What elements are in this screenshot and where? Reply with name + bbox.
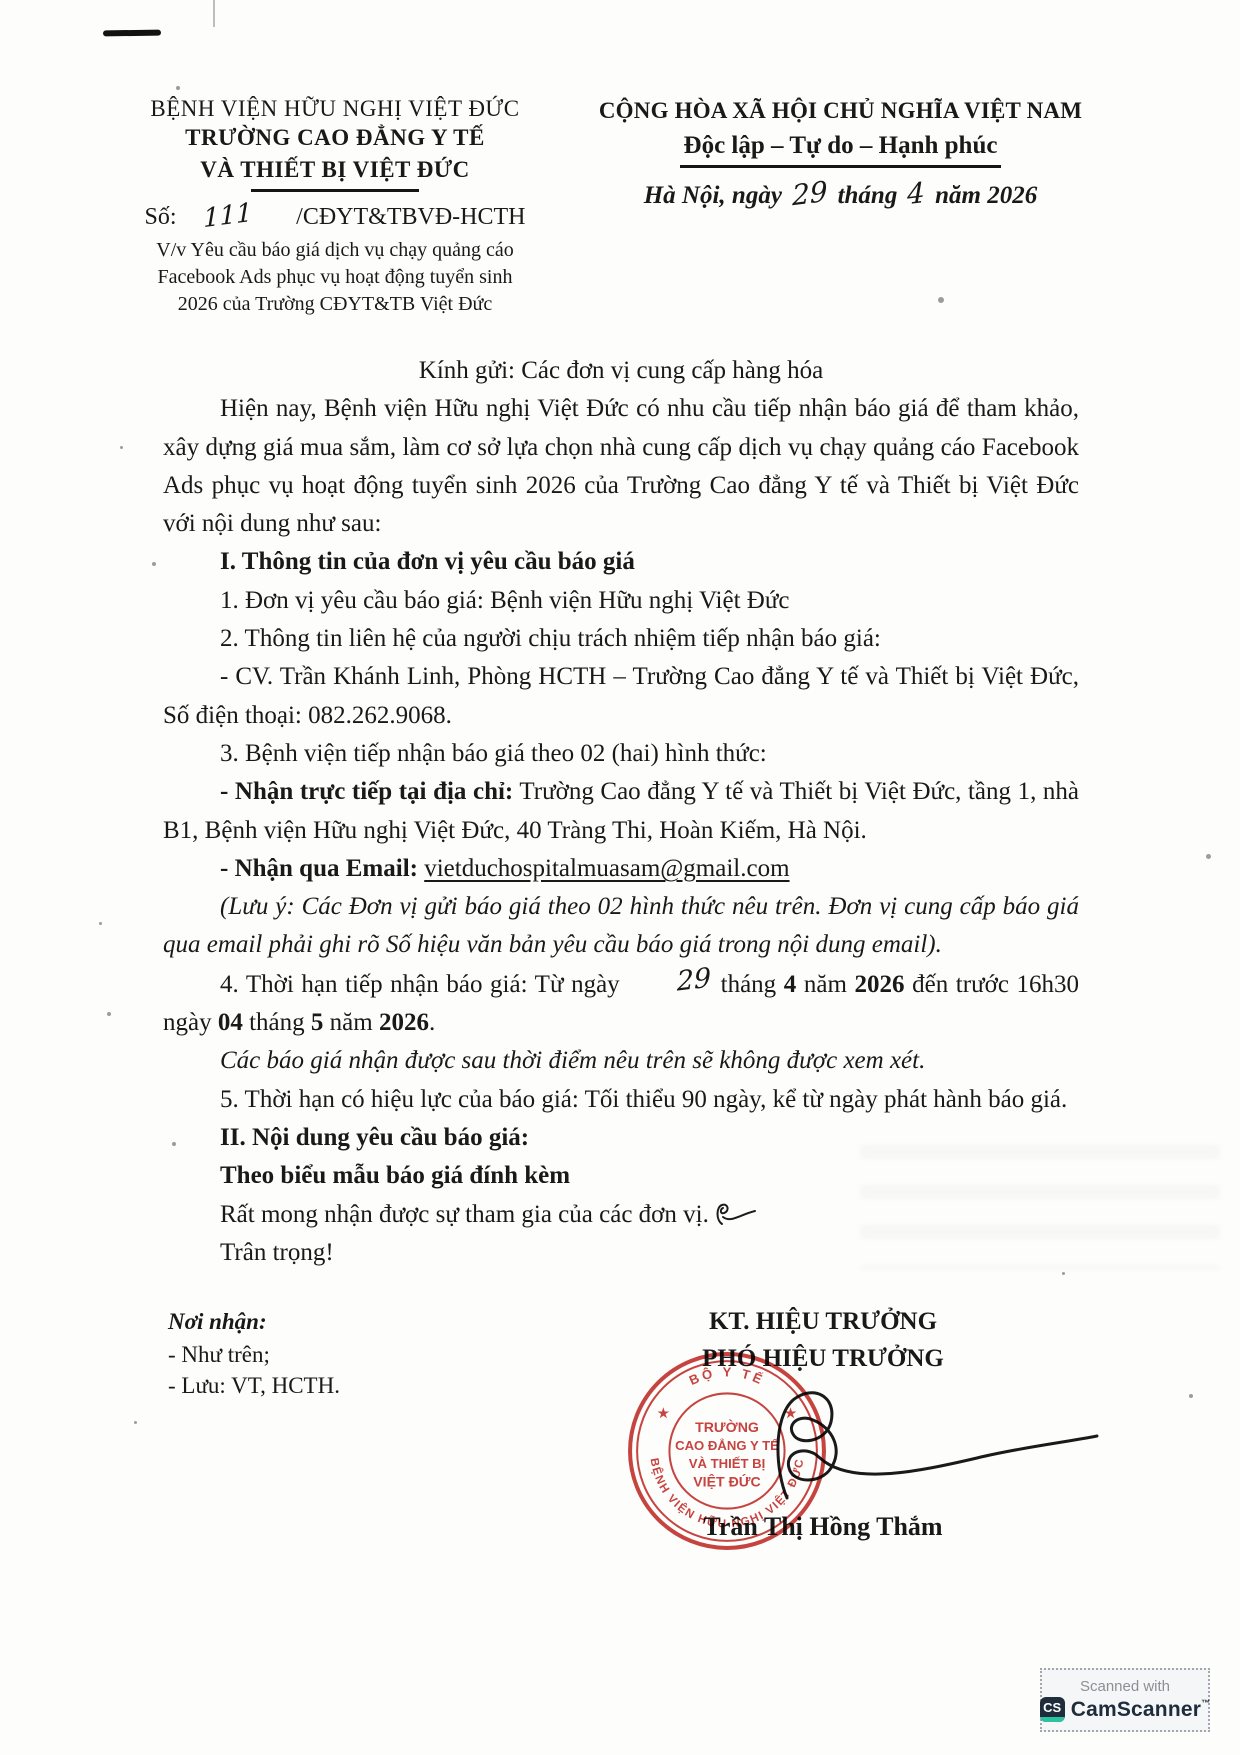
contact-line: - CV. Trần Khánh Linh, Phòng HCTH – Trườ…	[163, 658, 1079, 735]
issuing-org-block: BỆNH VIỆN HỮU NGHỊ VIỆT ĐỨC TRƯỜNG CAO Đ…	[110, 96, 560, 318]
national-motto-line2: Độc lập – Tự do – Hạnh phúc	[680, 128, 1002, 168]
attachment-line: Theo biểu mẫu báo giá đính kèm	[163, 1157, 1079, 1195]
scan-speck	[99, 922, 102, 925]
subject-line-1: V/v Yêu cầu báo giá dịch vụ chạy quảng c…	[110, 237, 560, 264]
camscanner-brand-word: CamScanner	[1071, 1698, 1201, 1721]
note-paragraph: (Lưu ý: Các Đơn vị gửi báo giá theo 02 h…	[163, 888, 1079, 965]
item4-word-year2: năm	[330, 1009, 373, 1036]
doc-number-label: Số:	[145, 204, 177, 230]
deadline-note: Các báo giá nhận được sau thời điểm nêu …	[163, 1042, 1079, 1080]
scan-scratch	[213, 0, 215, 27]
document-subject: V/v Yêu cầu báo giá dịch vụ chạy quảng c…	[110, 237, 560, 318]
scan-speck	[134, 1421, 137, 1424]
camscanner-brand-row: CS CamScanner™	[1040, 1697, 1211, 1722]
item4-month2: 5	[311, 1009, 324, 1036]
handwritten-initial-mark	[713, 1200, 757, 1228]
item4-word-month1: tháng	[721, 971, 777, 998]
issue-date-line: Hà Nội, ngày29tháng4năm 2026	[548, 177, 1133, 210]
item4-word-year1: năm	[804, 971, 847, 998]
direct-delivery-line: - Nhận trực tiếp tại địa chỉ: Trường Cao…	[163, 773, 1079, 850]
closing-text: Rất mong nhận được sự tham gia của các đ…	[220, 1201, 709, 1228]
recipients-item-2: - Lưu: VT, HCTH.	[168, 1370, 340, 1401]
date-prefix: Hà Nội, ngày	[644, 182, 782, 209]
org-name-line1: TRƯỜNG CAO ĐẲNG Y TẾ	[110, 122, 560, 154]
item4-year1: 2026	[855, 971, 905, 998]
date-word-month: tháng	[838, 182, 898, 209]
email-delivery-label: - Nhận qua Email:	[220, 855, 424, 882]
email-delivery-line: - Nhận qua Email: vietduchospitalmuasam@…	[163, 850, 1079, 888]
scan-speck	[1062, 1272, 1065, 1275]
camscanner-tm-mark: ™	[1201, 1698, 1210, 1708]
seal-star-left-icon: ★	[657, 1406, 669, 1421]
national-header-block: CỘNG HÒA XÃ HỘI CHỦ NGHĨA VIỆT NAM Độc l…	[548, 98, 1133, 210]
document-number-line: Số:111/CĐYT&TBVĐ-HCTH	[110, 201, 560, 231]
section2-heading: II. Nội dung yêu cầu báo giá:	[163, 1119, 1079, 1157]
org-name-line2: VÀ THIẾT BỊ VIỆT ĐỨC	[110, 154, 560, 186]
scan-speck	[120, 446, 123, 449]
camscanner-icon-bar	[1040, 1717, 1065, 1722]
doc-number-handwritten: 111	[202, 198, 252, 234]
scanned-with-text: Scanned with	[1080, 1678, 1170, 1695]
item-2: 2. Thông tin liên hệ của người chịu trác…	[163, 620, 1079, 658]
scan-speck	[1206, 854, 1211, 859]
regards-line: Trân trọng!	[163, 1234, 1079, 1272]
direct-delivery-label: - Nhận trực tiếp tại địa chỉ:	[220, 778, 513, 805]
intro-paragraph: Hiện nay, Bệnh viện Hữu nghị Việt Đức có…	[163, 390, 1079, 543]
item-4-deadline: 4. Thời hạn tiếp nhận báo giá: Từ ngày29…	[163, 965, 1079, 1043]
camscanner-logo-icon: CS	[1040, 1697, 1065, 1722]
scan-speck	[176, 86, 180, 90]
subject-line-3: 2026 của Trường CĐYT&TB Việt Đức	[110, 291, 560, 318]
item4-lead: 4. Thời hạn tiếp nhận báo giá: Từ ngày	[220, 971, 620, 998]
item4-month1: 4	[784, 971, 797, 998]
closing-line: Rất mong nhận được sự tham gia của các đ…	[163, 1196, 1079, 1234]
camscanner-icon-label: CS	[1040, 1698, 1065, 1717]
parent-org-name: BỆNH VIỆN HỮU NGHỊ VIỆT ĐỨC	[110, 96, 560, 122]
salutation-line: Kính gửi: Các đơn vị cung cấp hàng hóa	[163, 352, 1079, 390]
scan-speck	[938, 297, 944, 303]
item4-word-month2: tháng	[249, 1009, 305, 1036]
camscanner-watermark: Scanned with CS CamScanner™	[1040, 1668, 1210, 1732]
recipients-item-1: - Như trên;	[168, 1339, 340, 1370]
date-day-handwritten: 29	[792, 175, 828, 213]
item-1: 1. Đơn vị yêu cầu báo giá: Bệnh viện Hữu…	[163, 582, 1079, 620]
item4-day2: 04	[218, 1009, 243, 1036]
camscanner-brand-text: CamScanner™	[1071, 1698, 1211, 1722]
recipients-block: Nơi nhận: - Như trên; - Lưu: VT, HCTH.	[168, 1306, 340, 1401]
date-suffix: năm 2026	[935, 182, 1037, 209]
email-address-link[interactable]: vietduchospitalmuasam@gmail.com	[424, 855, 789, 882]
scan-speck	[152, 562, 156, 566]
scanned-document-page: BỆNH VIỆN HỮU NGHỊ VIỆT ĐỨC TRƯỜNG CAO Đ…	[0, 0, 1240, 1755]
recipients-title: Nơi nhận:	[168, 1306, 340, 1337]
section1-heading: I. Thông tin của đơn vị yêu cầu báo giá	[163, 543, 1079, 581]
subject-line-2: Facebook Ads phục vụ hoạt động tuyển sin…	[110, 264, 560, 291]
signoff-kt-line: KT. HIỆU TRƯỞNG	[598, 1303, 1048, 1340]
doc-number-suffix: /CĐYT&TBVĐ-HCTH	[296, 204, 525, 230]
document-body: Kính gửi: Các đơn vị cung cấp hàng hóa H…	[163, 352, 1079, 1272]
item4-day-handwritten: 29	[620, 959, 711, 1009]
handwritten-signature	[735, 1378, 1110, 1518]
scan-speck	[107, 1012, 111, 1016]
item-5: 5. Thời hạn có hiệu lực của báo giá: Tối…	[163, 1081, 1079, 1119]
scan-speck	[1189, 1394, 1193, 1398]
date-month-handwritten: 4	[907, 176, 925, 211]
scan-ink-dash	[103, 30, 161, 37]
org-underline	[251, 189, 419, 192]
national-motto-line1: CỘNG HÒA XÃ HỘI CHỦ NGHĨA VIỆT NAM	[548, 98, 1133, 124]
item-3: 3. Bệnh viện tiếp nhận báo giá theo 02 (…	[163, 735, 1079, 773]
item4-period: .	[429, 1009, 435, 1036]
item4-year2: 2026	[379, 1009, 429, 1036]
